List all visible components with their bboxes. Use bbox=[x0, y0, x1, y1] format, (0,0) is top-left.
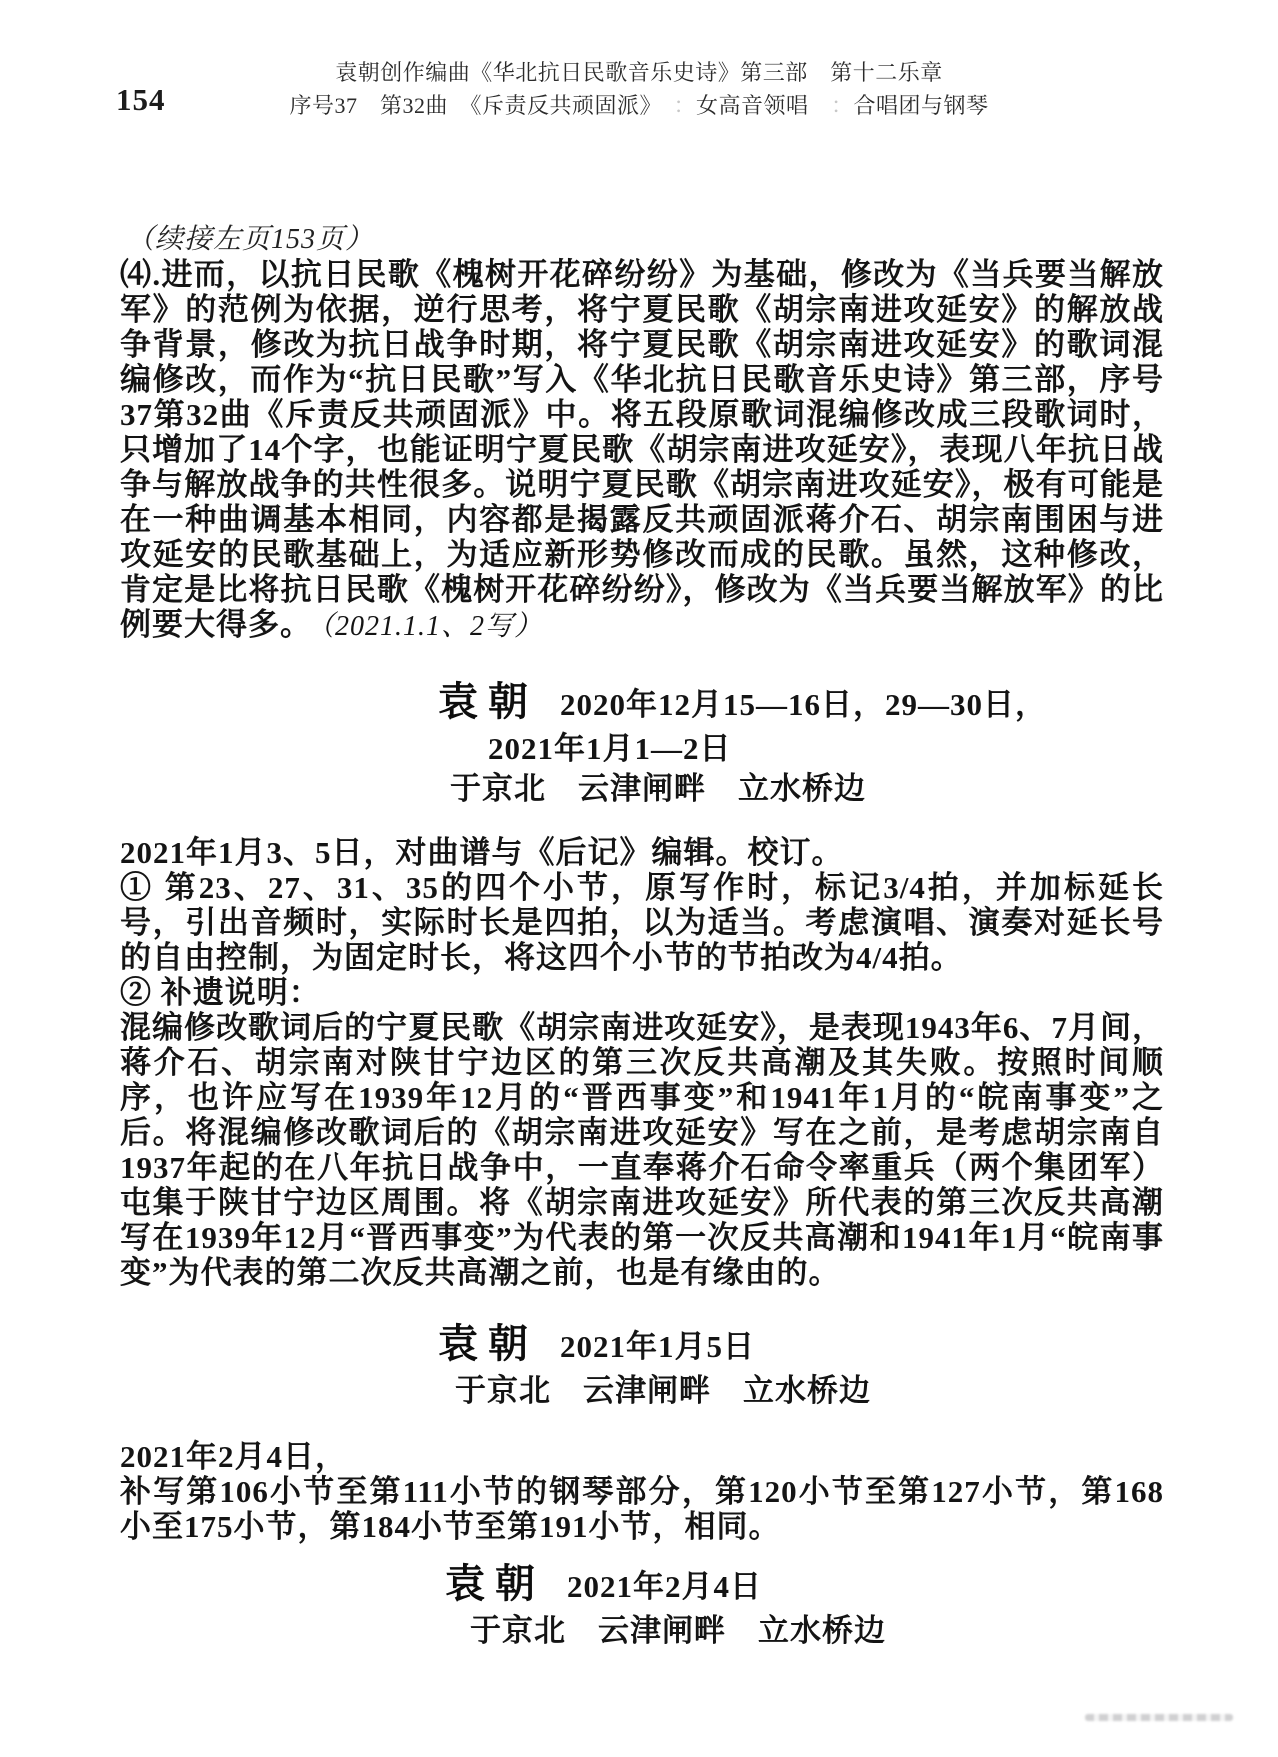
signature-1-place: 于京北 云津闸畔 立水桥边 bbox=[120, 769, 1164, 809]
header-line-2-faded-mark-1: ： bbox=[673, 93, 696, 118]
signature-3-line-1: 袁朝 2021年2月4日 bbox=[120, 1560, 1164, 1611]
document-page: 154 袁朝创作编曲《华北抗日民歌音乐史诗》第三部 第十二乐章 序号37 第32… bbox=[0, 0, 1278, 1757]
header-line-2: 序号37 第32曲 《斥责反共顽固派》 ：女高音领唱 ：合唱团与钢琴 bbox=[0, 89, 1278, 122]
author-name: 袁朝 bbox=[438, 1320, 538, 1368]
paragraph-2-item-2-title: ② 补遗说明： bbox=[120, 975, 1164, 1010]
header-line-1: 袁朝创作编曲《华北抗日民歌音乐史诗》第三部 第十二乐章 bbox=[0, 56, 1278, 89]
signature-2-place: 于京北 云津闸畔 立水桥边 bbox=[120, 1371, 1164, 1411]
paragraph-1-date-note: （2021.1.1、2写） bbox=[312, 611, 543, 642]
paragraph-2-item-1: ① 第23、27、31、35的四个小节，原写作时，标记3/4拍，并加标延长号，引… bbox=[120, 870, 1164, 975]
header-line-2-part-a: 序号37 第32曲 《斥责反共顽固派》 bbox=[289, 93, 673, 118]
signature-block-2: 袁朝 2021年1月5日 于京北 云津闸畔 立水桥边 bbox=[120, 1320, 1164, 1411]
header-line-2-part-c: 合唱团与钢琴 bbox=[854, 93, 989, 118]
author-name: 袁朝 bbox=[445, 1560, 545, 1608]
signature-1-line-1: 袁朝 2020年12月15—16日，29—30日， bbox=[120, 678, 1164, 729]
signature-2-dates: 2021年1月5日 bbox=[560, 1323, 755, 1371]
body-text-column: （续接左页153页） ⑷.进而，以抗日民歌《槐树开花碎纷纷》为基础，修改为《当兵… bbox=[120, 222, 1164, 1651]
header-line-2-part-b: 女高音领唱 bbox=[696, 93, 831, 118]
signature-3-dates: 2021年2月4日 bbox=[567, 1563, 762, 1611]
author-name: 袁朝 bbox=[438, 678, 538, 726]
signature-1-dates-a: 2020年12月15—16日，29—30日， bbox=[560, 681, 1047, 729]
paragraph-3-body: 补写第106小节至第111小节的钢琴部分，第120小节至第127小节，第168小… bbox=[120, 1474, 1164, 1544]
header-line-2-faded-mark-2: ： bbox=[831, 93, 854, 118]
page-header: 袁朝创作编曲《华北抗日民歌音乐史诗》第三部 第十二乐章 序号37 第32曲 《斥… bbox=[0, 56, 1278, 122]
paragraph-3-date: 2021年2月4日， bbox=[120, 1439, 1164, 1474]
watermark bbox=[1085, 1714, 1233, 1721]
signature-1-dates-b: 2021年1月1—2日 bbox=[120, 729, 1164, 769]
paragraph-1: ⑷.进而，以抗日民歌《槐树开花碎纷纷》为基础，修改为《当兵要当解放军》的范例为依… bbox=[120, 257, 1164, 644]
paragraph-2-intro: 2021年1月3、5日，对曲谱与《后记》编辑。校订。 bbox=[120, 835, 1164, 870]
signature-block-1: 袁朝 2020年12月15—16日，29—30日， 2021年1月1—2日 于京… bbox=[120, 678, 1164, 809]
signature-2-line-1: 袁朝 2021年1月5日 bbox=[120, 1320, 1164, 1371]
signature-3-place: 于京北 云津闸畔 立水桥边 bbox=[120, 1611, 1164, 1651]
continuation-note: （续接左页153页） bbox=[126, 222, 1164, 257]
signature-block-3: 袁朝 2021年2月4日 于京北 云津闸畔 立水桥边 bbox=[120, 1560, 1164, 1651]
paragraph-1-text: ⑷.进而，以抗日民歌《槐树开花碎纷纷》为基础，修改为《当兵要当解放军》的范例为依… bbox=[120, 257, 1164, 642]
paragraph-2-item-2-body: 混编修改歌词后的宁夏民歌《胡宗南进攻延安》，是表现1943年6、7月间，蒋介石、… bbox=[120, 1010, 1164, 1290]
